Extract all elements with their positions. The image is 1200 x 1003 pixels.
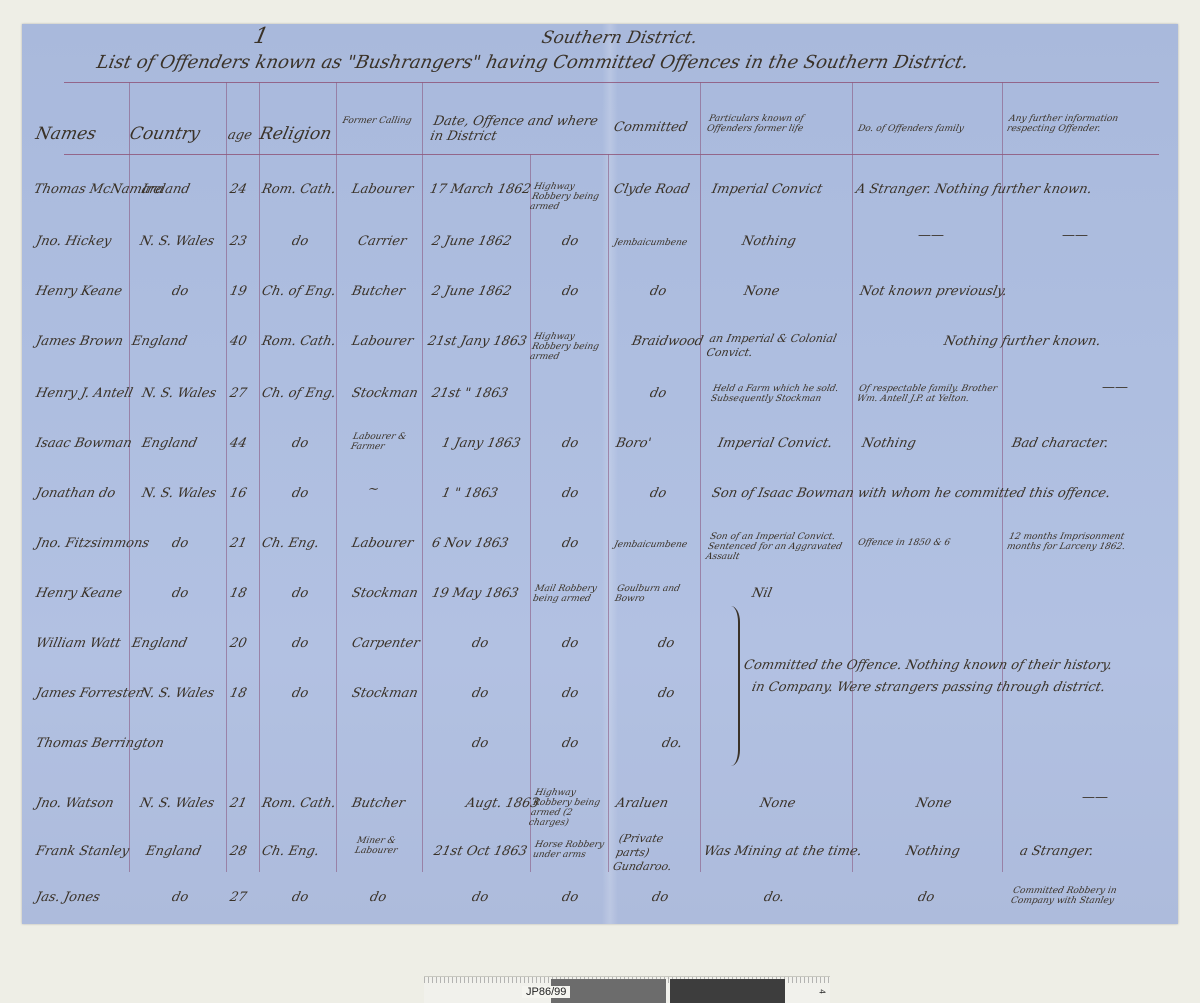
cell-calling: Carpenter — [350, 636, 421, 651]
cell-family: Not known previously. — [858, 284, 1008, 299]
column-divider — [608, 154, 609, 872]
cell-age: 23 — [228, 234, 248, 249]
cell-calling: Miner & Labourer — [354, 836, 418, 856]
cell-country: England — [140, 436, 198, 451]
cell-committed: do — [648, 386, 667, 401]
cell-date: 2 June 1862 — [430, 284, 512, 299]
column-divider — [336, 82, 337, 872]
cell-family: do — [916, 890, 935, 905]
group-note-line1: Committed the Offence. Nothing known of … — [742, 658, 1113, 673]
cell-age: 18 — [228, 586, 248, 601]
cell-name: Henry J. Antell — [34, 386, 134, 401]
cell-date: do — [470, 686, 489, 701]
cell-country: N. S. Wales — [138, 234, 215, 249]
cell-name: Jno. Fitzsimmons — [34, 536, 150, 551]
cell-age: 16 — [228, 486, 248, 501]
cell-offence: do — [560, 436, 579, 451]
column-divider — [226, 82, 227, 872]
cell-country: England — [130, 636, 188, 651]
cell-family: —— — [916, 228, 945, 243]
cell-religion: do — [290, 234, 309, 249]
header-further-info: Any further information respecting Offen… — [1006, 114, 1160, 134]
cell-age: 21 — [228, 536, 248, 551]
cell-offence: do — [560, 890, 579, 905]
cell-committed: (Private parts) Gundaroo. — [612, 832, 701, 874]
cell-former-life: an Imperial & Colonial Convict. — [705, 332, 851, 360]
cell-former-life: Son of an Imperial Convict. Sentenced fo… — [705, 532, 851, 562]
cell-date: do — [470, 636, 489, 651]
cell-date: 21st Jany 1863 — [426, 334, 528, 349]
header-family: Do. of Offenders family — [857, 124, 965, 134]
column-divider — [530, 154, 531, 872]
header-former-life: Particulars known of Offenders former li… — [706, 114, 850, 134]
cell-calling: do — [368, 890, 387, 905]
cell-committed: do — [650, 890, 669, 905]
cell-former-life: Son of Isaac Bowman with whom he committ… — [710, 486, 1111, 501]
cell-calling: Stockman — [350, 586, 419, 601]
cell-calling: Carrier — [356, 234, 407, 249]
header-date-offence: Date, Offence and where in District — [429, 114, 605, 144]
grouping-brace — [722, 606, 740, 766]
cell-religion: Rom. Cath. — [260, 334, 337, 349]
cell-age: 27 — [228, 890, 248, 905]
cell-committed: Jembaicumbene — [613, 238, 688, 248]
header-top-rule — [64, 82, 1159, 83]
cell-former-life: Imperial Convict — [710, 182, 823, 197]
cell-religion: Ch. Eng. — [260, 844, 320, 859]
cell-committed: do. — [660, 736, 683, 751]
cell-committed: do — [656, 636, 675, 651]
column-divider — [129, 82, 130, 872]
cell-religion: Rom. Cath. — [260, 182, 337, 197]
cell-date: 6 Nov 1863 — [430, 536, 509, 551]
cell-further: —— — [1060, 228, 1089, 243]
cell-offence: do — [560, 536, 579, 551]
catalog-label: JP86/99 — [522, 986, 570, 998]
cell-former-life: Nothing — [740, 234, 797, 249]
header-bottom-rule — [64, 154, 1159, 155]
cell-former-life: do. — [762, 890, 785, 905]
cell-country: do — [170, 536, 189, 551]
cell-age: 21 — [228, 796, 248, 811]
document-title: List of Offenders known as "Bushrangers"… — [95, 52, 971, 73]
cell-family: Offence in 1850 & 6 — [857, 538, 999, 548]
cell-name: James Forrester — [34, 686, 143, 701]
header-former-calling: Former Calling — [341, 116, 413, 126]
cell-offence: Horse Robbery under arms — [532, 840, 608, 860]
cell-former-life: Nil — [750, 586, 773, 601]
cell-calling: Labourer — [350, 182, 414, 197]
cell-family: Nothing further known. — [942, 334, 1102, 349]
cell-date: 21st " 1863 — [430, 386, 509, 401]
cell-religion: Ch. of Eng. — [260, 386, 337, 401]
header-religion: Religion — [258, 124, 334, 144]
cell-committed: Boro' — [614, 436, 652, 451]
cell-calling: Stockman — [350, 686, 419, 701]
cell-former-life: Held a Farm which he sold. Subsequently … — [710, 384, 854, 404]
cell-offence: Mail Robbery being armed — [532, 584, 608, 604]
cell-committed: do — [656, 686, 675, 701]
header-country: Country — [128, 124, 202, 144]
cell-age: 40 — [228, 334, 248, 349]
cell-date: do — [470, 736, 489, 751]
cell-former-life: Imperial Convict. — [716, 436, 833, 451]
cell-date: 1 Jany 1863 — [440, 436, 522, 451]
scale-number: 4 — [817, 989, 826, 993]
cell-country: do — [170, 284, 189, 299]
cell-date: 1 " 1863 — [440, 486, 499, 501]
cell-offence: do — [560, 234, 579, 249]
cell-religion: Ch. Eng. — [260, 536, 320, 551]
cell-committed: Goulburn and Bowro — [614, 584, 698, 604]
cell-country: N. S. Wales — [140, 486, 217, 501]
column-divider — [422, 82, 423, 872]
cell-calling: Stockman — [350, 386, 419, 401]
manuscript-page: 1 Southern District. List of Offenders k… — [22, 24, 1178, 924]
cell-family: A Stranger. Nothing further known. — [854, 182, 1093, 197]
cell-calling: Labourer — [350, 536, 414, 551]
cell-calling: Labourer & Farmer — [350, 432, 420, 452]
cell-family: Nothing — [860, 436, 917, 451]
cell-further: —— — [1100, 380, 1129, 395]
cell-committed: do — [648, 486, 667, 501]
cell-age: 20 — [228, 636, 248, 651]
column-divider — [259, 82, 260, 872]
cell-committed: Braidwood — [630, 334, 704, 349]
cell-religion: Rom. Cath. — [260, 796, 337, 811]
cell-age: 18 — [228, 686, 248, 701]
cell-religion: Ch. of Eng. — [260, 284, 337, 299]
cell-date: Augt. 1863 — [464, 796, 540, 811]
cell-country: N. S. Wales — [138, 686, 215, 701]
page-number: 1 — [251, 24, 270, 49]
cell-calling: ~ — [366, 482, 380, 497]
cell-country: England — [130, 334, 188, 349]
cell-name: James Brown — [34, 334, 124, 349]
cell-religion: do — [290, 586, 309, 601]
cell-country: England — [144, 844, 202, 859]
column-divider — [700, 82, 701, 872]
cell-date: 17 March 1862 — [428, 182, 532, 197]
cell-religion: do — [290, 686, 309, 701]
district-heading: Southern District. — [540, 28, 699, 48]
cell-age: 19 — [228, 284, 248, 299]
cell-further: 12 months Imprisonment months for Larcen… — [1006, 532, 1160, 552]
archival-scale-ruler: JP86/99 4 — [424, 976, 830, 1003]
cell-age: 28 — [228, 844, 248, 859]
cell-age: 24 — [228, 182, 248, 197]
cell-offence: Highway Robbery being armed (2 charges) — [528, 788, 611, 828]
cell-date: do — [470, 890, 489, 905]
dark-gray-patch — [670, 979, 785, 1003]
cell-further: Bad character. — [1010, 436, 1109, 451]
cell-calling: Butcher — [350, 796, 406, 811]
cell-age: 44 — [228, 436, 248, 451]
cell-date: 21st Oct 1863 — [432, 844, 528, 859]
cell-country: N. S. Wales — [138, 796, 215, 811]
column-divider — [852, 82, 853, 872]
cell-religion: do — [290, 436, 309, 451]
cell-family: Nothing — [904, 844, 961, 859]
cell-offence: do — [560, 636, 579, 651]
cell-former-life: Was Mining at the time. — [702, 844, 863, 859]
cell-religion: do — [290, 890, 309, 905]
cell-committed: do — [648, 284, 667, 299]
cell-name: Jas. Jones — [34, 890, 101, 905]
cell-former-life: None — [742, 284, 780, 299]
header-names: Names — [34, 124, 98, 144]
cell-offence: do — [560, 736, 579, 751]
cell-further: a Stranger. — [1018, 844, 1094, 859]
header-age: age — [226, 128, 253, 143]
cell-offence: do — [560, 686, 579, 701]
cell-name: Isaac Bowman — [34, 436, 133, 451]
cell-calling: Labourer — [350, 334, 414, 349]
cell-country: do — [170, 586, 189, 601]
cell-name: William Watt — [34, 636, 122, 651]
cell-country: do — [170, 890, 189, 905]
cell-country: Ireland — [140, 182, 191, 197]
cell-religion: do — [290, 636, 309, 651]
cell-committed: Araluen — [614, 796, 669, 811]
cell-committed: Jembaicumbene — [613, 540, 688, 550]
cell-family: None — [914, 796, 952, 811]
cell-offence: Highway Robbery being armed — [529, 182, 609, 212]
cell-offence: do — [560, 284, 579, 299]
cell-offence: do — [560, 486, 579, 501]
cell-name: Frank Stanley — [34, 844, 130, 859]
cell-date: 19 May 1863 — [430, 586, 519, 601]
group-note-line2: in Company. Were strangers passing throu… — [750, 680, 1106, 695]
cell-name: Henry Keane — [34, 586, 123, 601]
cell-name: Thomas Berrington — [34, 736, 165, 751]
cell-calling: Butcher — [350, 284, 406, 299]
cell-further: —— — [1080, 790, 1109, 805]
cell-name: Henry Keane — [34, 284, 123, 299]
cell-further: Committed Robbery in Company with Stanle… — [1010, 886, 1154, 906]
cell-name: Jonathan do — [34, 486, 116, 501]
cell-religion: do — [290, 486, 309, 501]
cell-family: Of respectable family. Brother Wm. Antel… — [856, 384, 1000, 404]
cell-former-life: None — [758, 796, 796, 811]
header-committed: Committed — [612, 120, 688, 135]
cell-date: 2 June 1862 — [430, 234, 512, 249]
column-divider — [1002, 82, 1003, 872]
cell-age: 27 — [228, 386, 248, 401]
cell-country: N. S. Wales — [140, 386, 217, 401]
cell-offence: Highway Robbery being armed — [529, 332, 609, 362]
cell-name: Jno. Hickey — [34, 234, 112, 249]
cell-committed: Clyde Road — [612, 182, 690, 197]
cell-name: Jno. Watson — [34, 796, 115, 811]
